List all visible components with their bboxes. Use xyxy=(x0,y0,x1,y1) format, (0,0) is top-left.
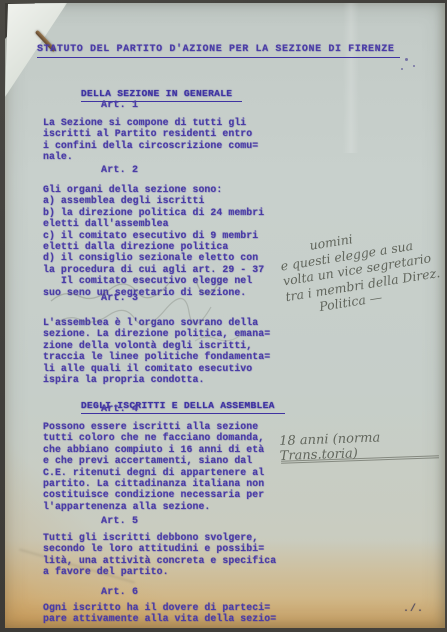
article-4-label: Art. 4 xyxy=(101,404,138,415)
document-title: STATUTO DEL PARTITO D'AZIONE PER LA SEZI… xyxy=(37,44,400,58)
ink-speck xyxy=(405,58,408,61)
article-1-label: Art. 1 xyxy=(101,100,138,111)
paper-crease xyxy=(343,3,359,153)
ink-speck xyxy=(401,68,403,70)
faint-pencil-scrawl xyxy=(45,281,315,351)
article-1-text: La Sezione si compone di tutti gli iscri… xyxy=(43,117,258,163)
article-5-text: Tutti gli iscritti debbono svolgere, sec… xyxy=(43,532,276,578)
article-6-label: Art. 6 xyxy=(101,587,138,598)
article-4-text: Possono essere iscritti alla sezione tut… xyxy=(43,421,264,512)
continuation-mark: ./. xyxy=(403,604,424,615)
section-heading-members: DEGLI ISCRITTI E DELLA ASSEMBLEA xyxy=(45,389,285,425)
document-page: STATUTO DEL PARTITO D'AZIONE PER LA SEZI… xyxy=(5,3,445,628)
document-photo: STATUTO DEL PARTITO D'AZIONE PER LA SEZI… xyxy=(0,0,447,632)
ink-speck xyxy=(413,65,415,67)
article-6-text: Ogni iscritto ha il dovere di parteci= p… xyxy=(43,602,276,625)
article-5-label: Art. 5 xyxy=(101,516,138,527)
article-2-label: Art. 2 xyxy=(101,165,138,176)
section-heading-general: DELLA SEZIONE IN GENERALE xyxy=(45,77,242,113)
